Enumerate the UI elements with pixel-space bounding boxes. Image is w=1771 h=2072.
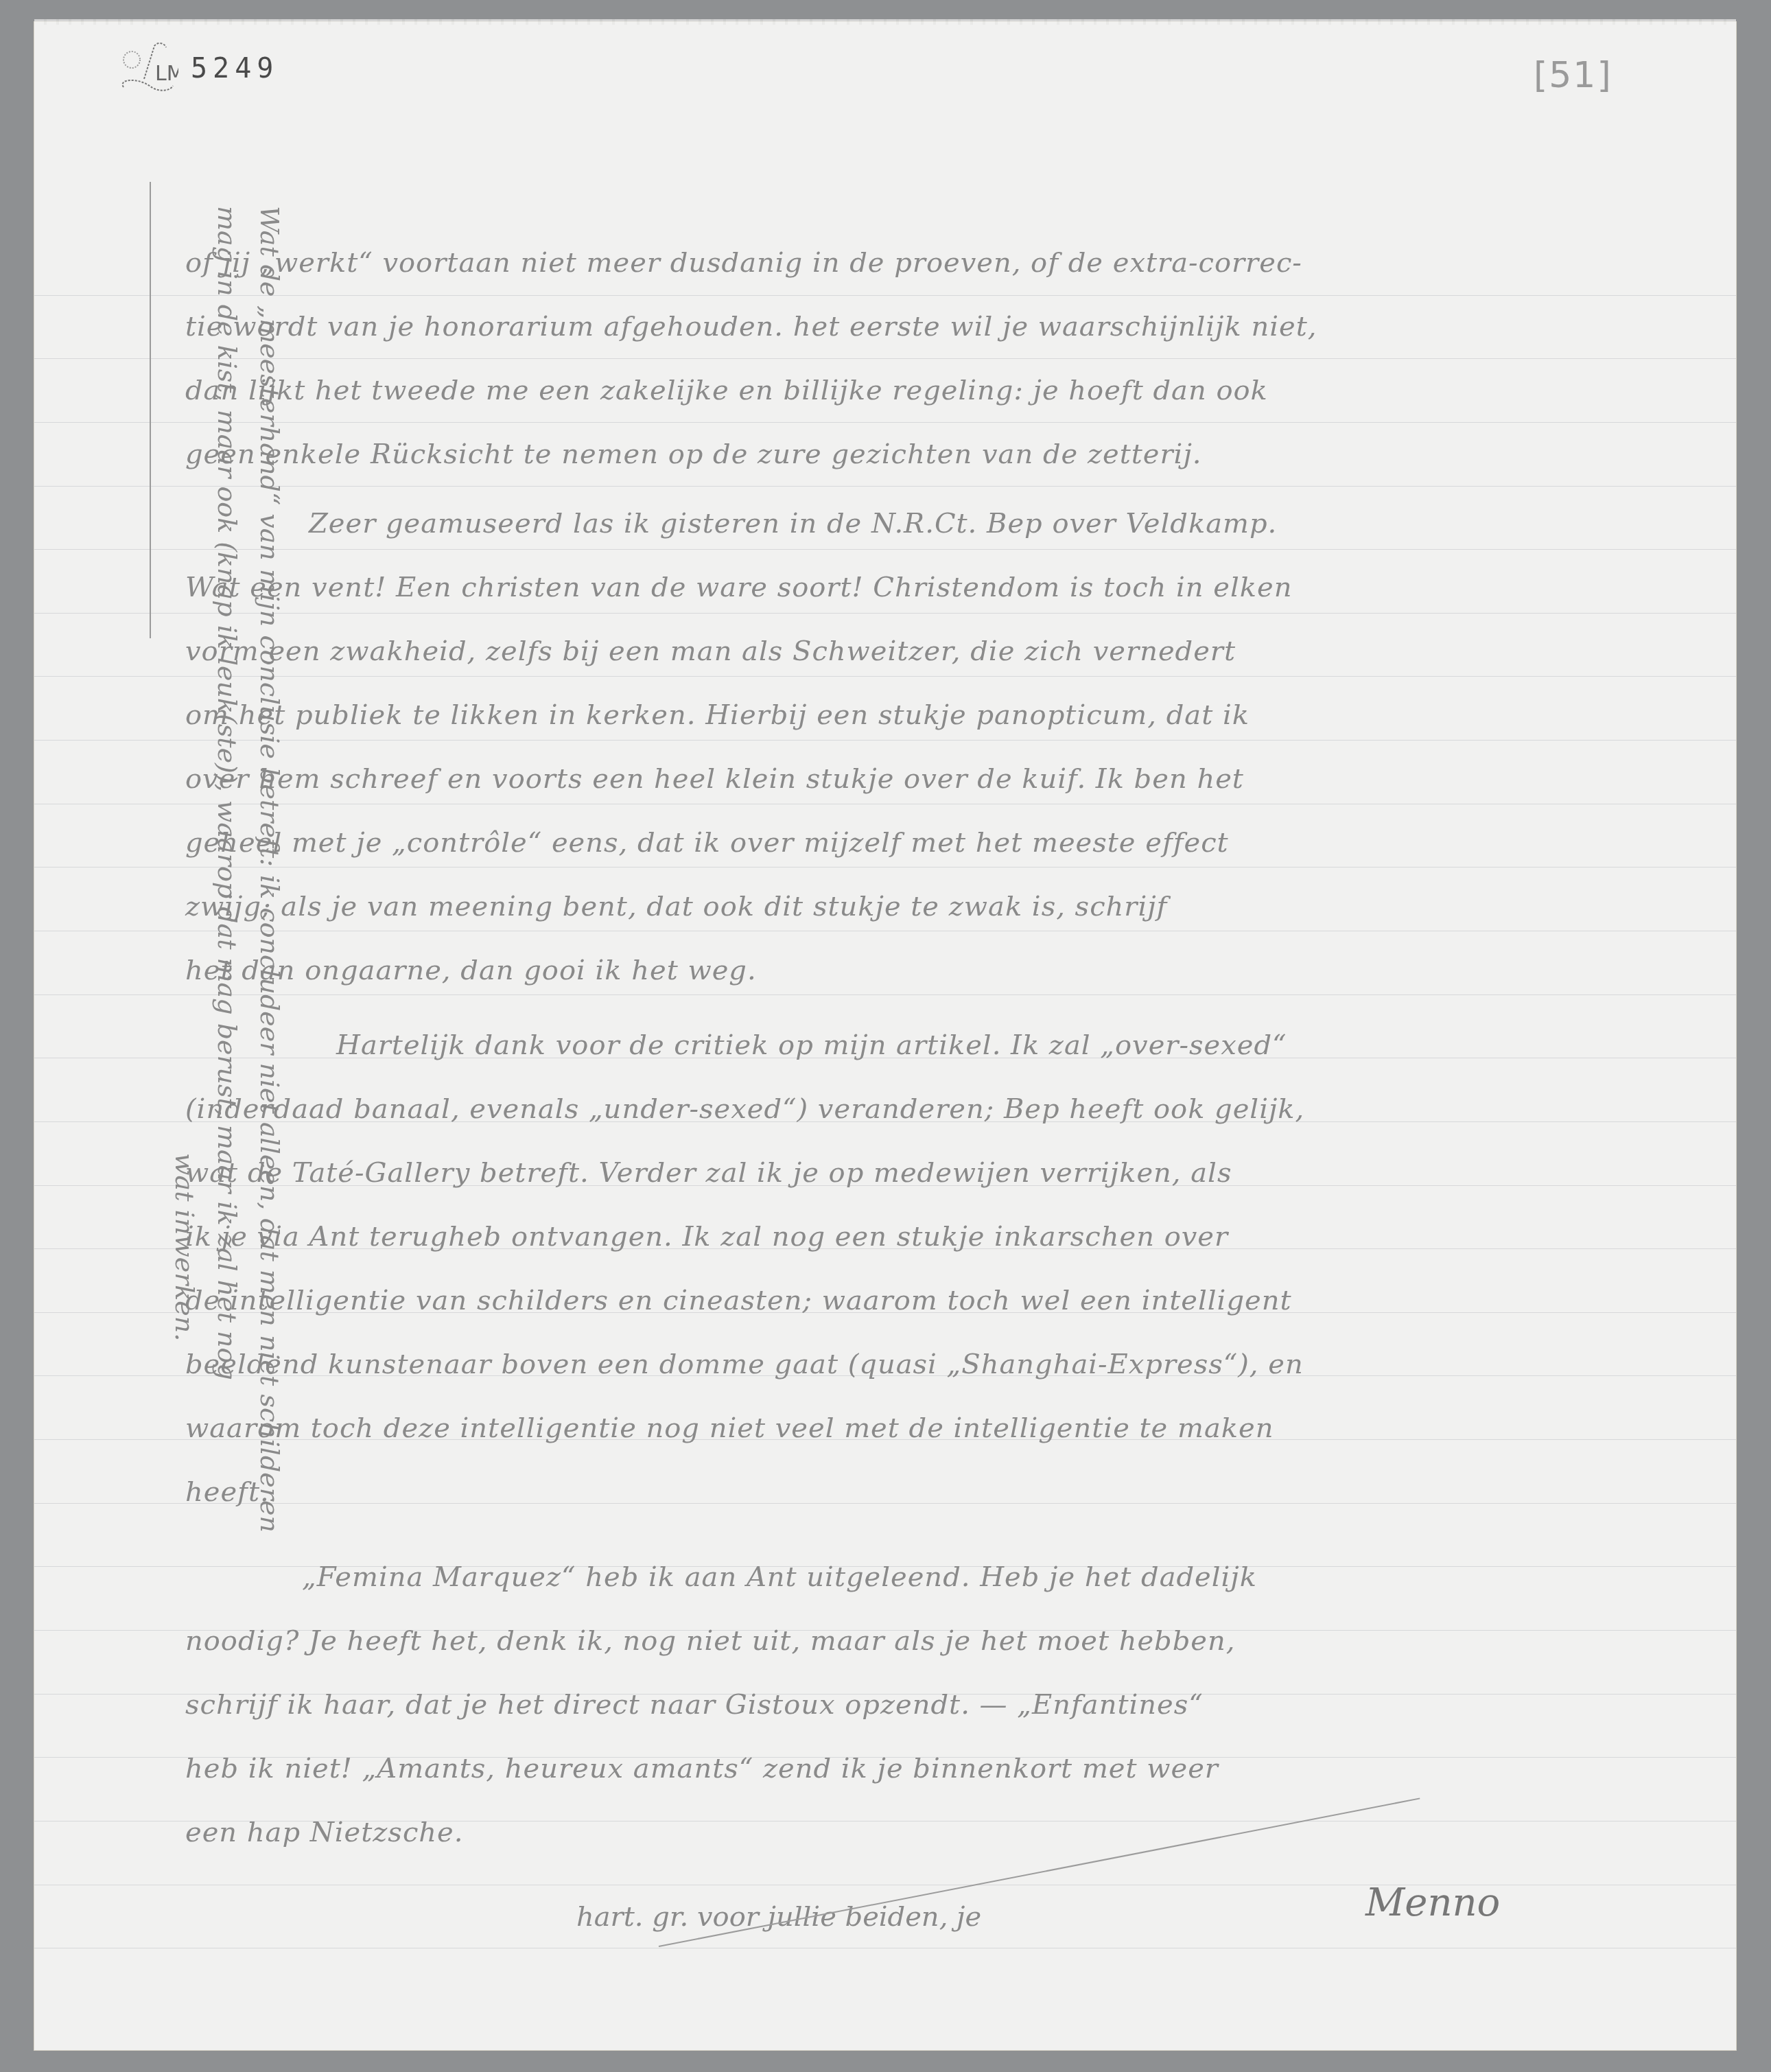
ruled-line [34, 422, 1736, 423]
text-line: geen enkele Rücksicht te nemen op de zur… [185, 439, 1202, 470]
text-line: over hem schreef en voorts een heel klei… [185, 763, 1244, 795]
text-line: waarom toch deze intelligentie nog niet … [185, 1412, 1274, 1444]
ruled-line [34, 1503, 1736, 1504]
text-line: ik je via Ant terugheb ontvangen. Ik zal… [185, 1221, 1228, 1253]
text-line: beeldend kunstenaar boven een domme gaat… [185, 1349, 1304, 1380]
archive-stamp: LM 5249 [117, 38, 279, 100]
ruled-line [34, 994, 1736, 995]
ruled-line [34, 931, 1736, 931]
text-line: Wat een vent! Een christen van de ware s… [185, 572, 1292, 603]
text-line: geheel met je „contrôle“ eens, dat ik ov… [185, 827, 1229, 859]
text-line: om het publiek te likken in kerken. Hier… [185, 699, 1250, 731]
signature: Menno [1365, 1881, 1500, 1925]
text-line: „Femina Marquez“ heb ik aan Ant uitgelee… [302, 1561, 1257, 1593]
ruled-line [34, 613, 1736, 614]
margin-note-line: wat inwerken. [157, 206, 200, 1990]
text-line: vorm een zwakheid, zelfs bij een man als… [185, 636, 1236, 667]
text-line: noodig? Je heeft het, denk ik, nog niet … [185, 1625, 1235, 1657]
ruled-line [34, 549, 1736, 550]
text-line: tie wordt van je honorarium afgehouden. … [185, 311, 1317, 342]
ruled-line [34, 1948, 1736, 1948]
text-line: Zeer geamuseerd las ik gisteren in de N.… [309, 508, 1277, 539]
text-line: Hartelijk dank voor de critiek op mijn a… [336, 1029, 1287, 1061]
ruled-line [34, 295, 1736, 296]
letterkundig-museum-logo-icon: LM [117, 38, 178, 100]
text-line: heb ik niet! „Amants, heureux amants“ ze… [185, 1753, 1219, 1784]
text-line: zwijg; als je van meening bent, dat ook … [185, 891, 1167, 922]
ruled-line [34, 676, 1736, 677]
ruled-line [34, 358, 1736, 359]
margin-note-line: mag in de kist, maar ook (knap ik leuk(s… [200, 206, 242, 1990]
closing-salutation: hart. gr. voor jullie beiden, je [576, 1901, 981, 1933]
margin-note: Wat de „meesterhand“ van mijn conclusie … [157, 206, 285, 1990]
ruled-line [34, 740, 1736, 741]
text-line: of jij „werkt“ voortaan niet meer dusdan… [185, 247, 1302, 279]
ruled-line [34, 486, 1736, 487]
text-line: de intelligentie van schilders en cineas… [185, 1285, 1292, 1316]
ruled-line [34, 867, 1736, 868]
text-line: (inderdaad banaal, evenals „under-sexed“… [185, 1093, 1304, 1125]
margin-bracket [150, 182, 151, 638]
ruled-line [34, 804, 1736, 804]
text-line: schrijf ik haar, dat je het direct naar … [185, 1689, 1204, 1721]
svg-text:LM: LM [155, 62, 178, 86]
text-line: wat de Taté-Gallery betreft. Verder zal … [185, 1157, 1232, 1189]
archive-number: 5249 [191, 53, 279, 84]
text-line: dan lijkt het tweede me een zakelijke en… [185, 375, 1268, 406]
margin-note-line: Wat de „meesterhand“ van mijn conclusie … [242, 206, 285, 1990]
folio-number: [51] [1534, 55, 1612, 96]
